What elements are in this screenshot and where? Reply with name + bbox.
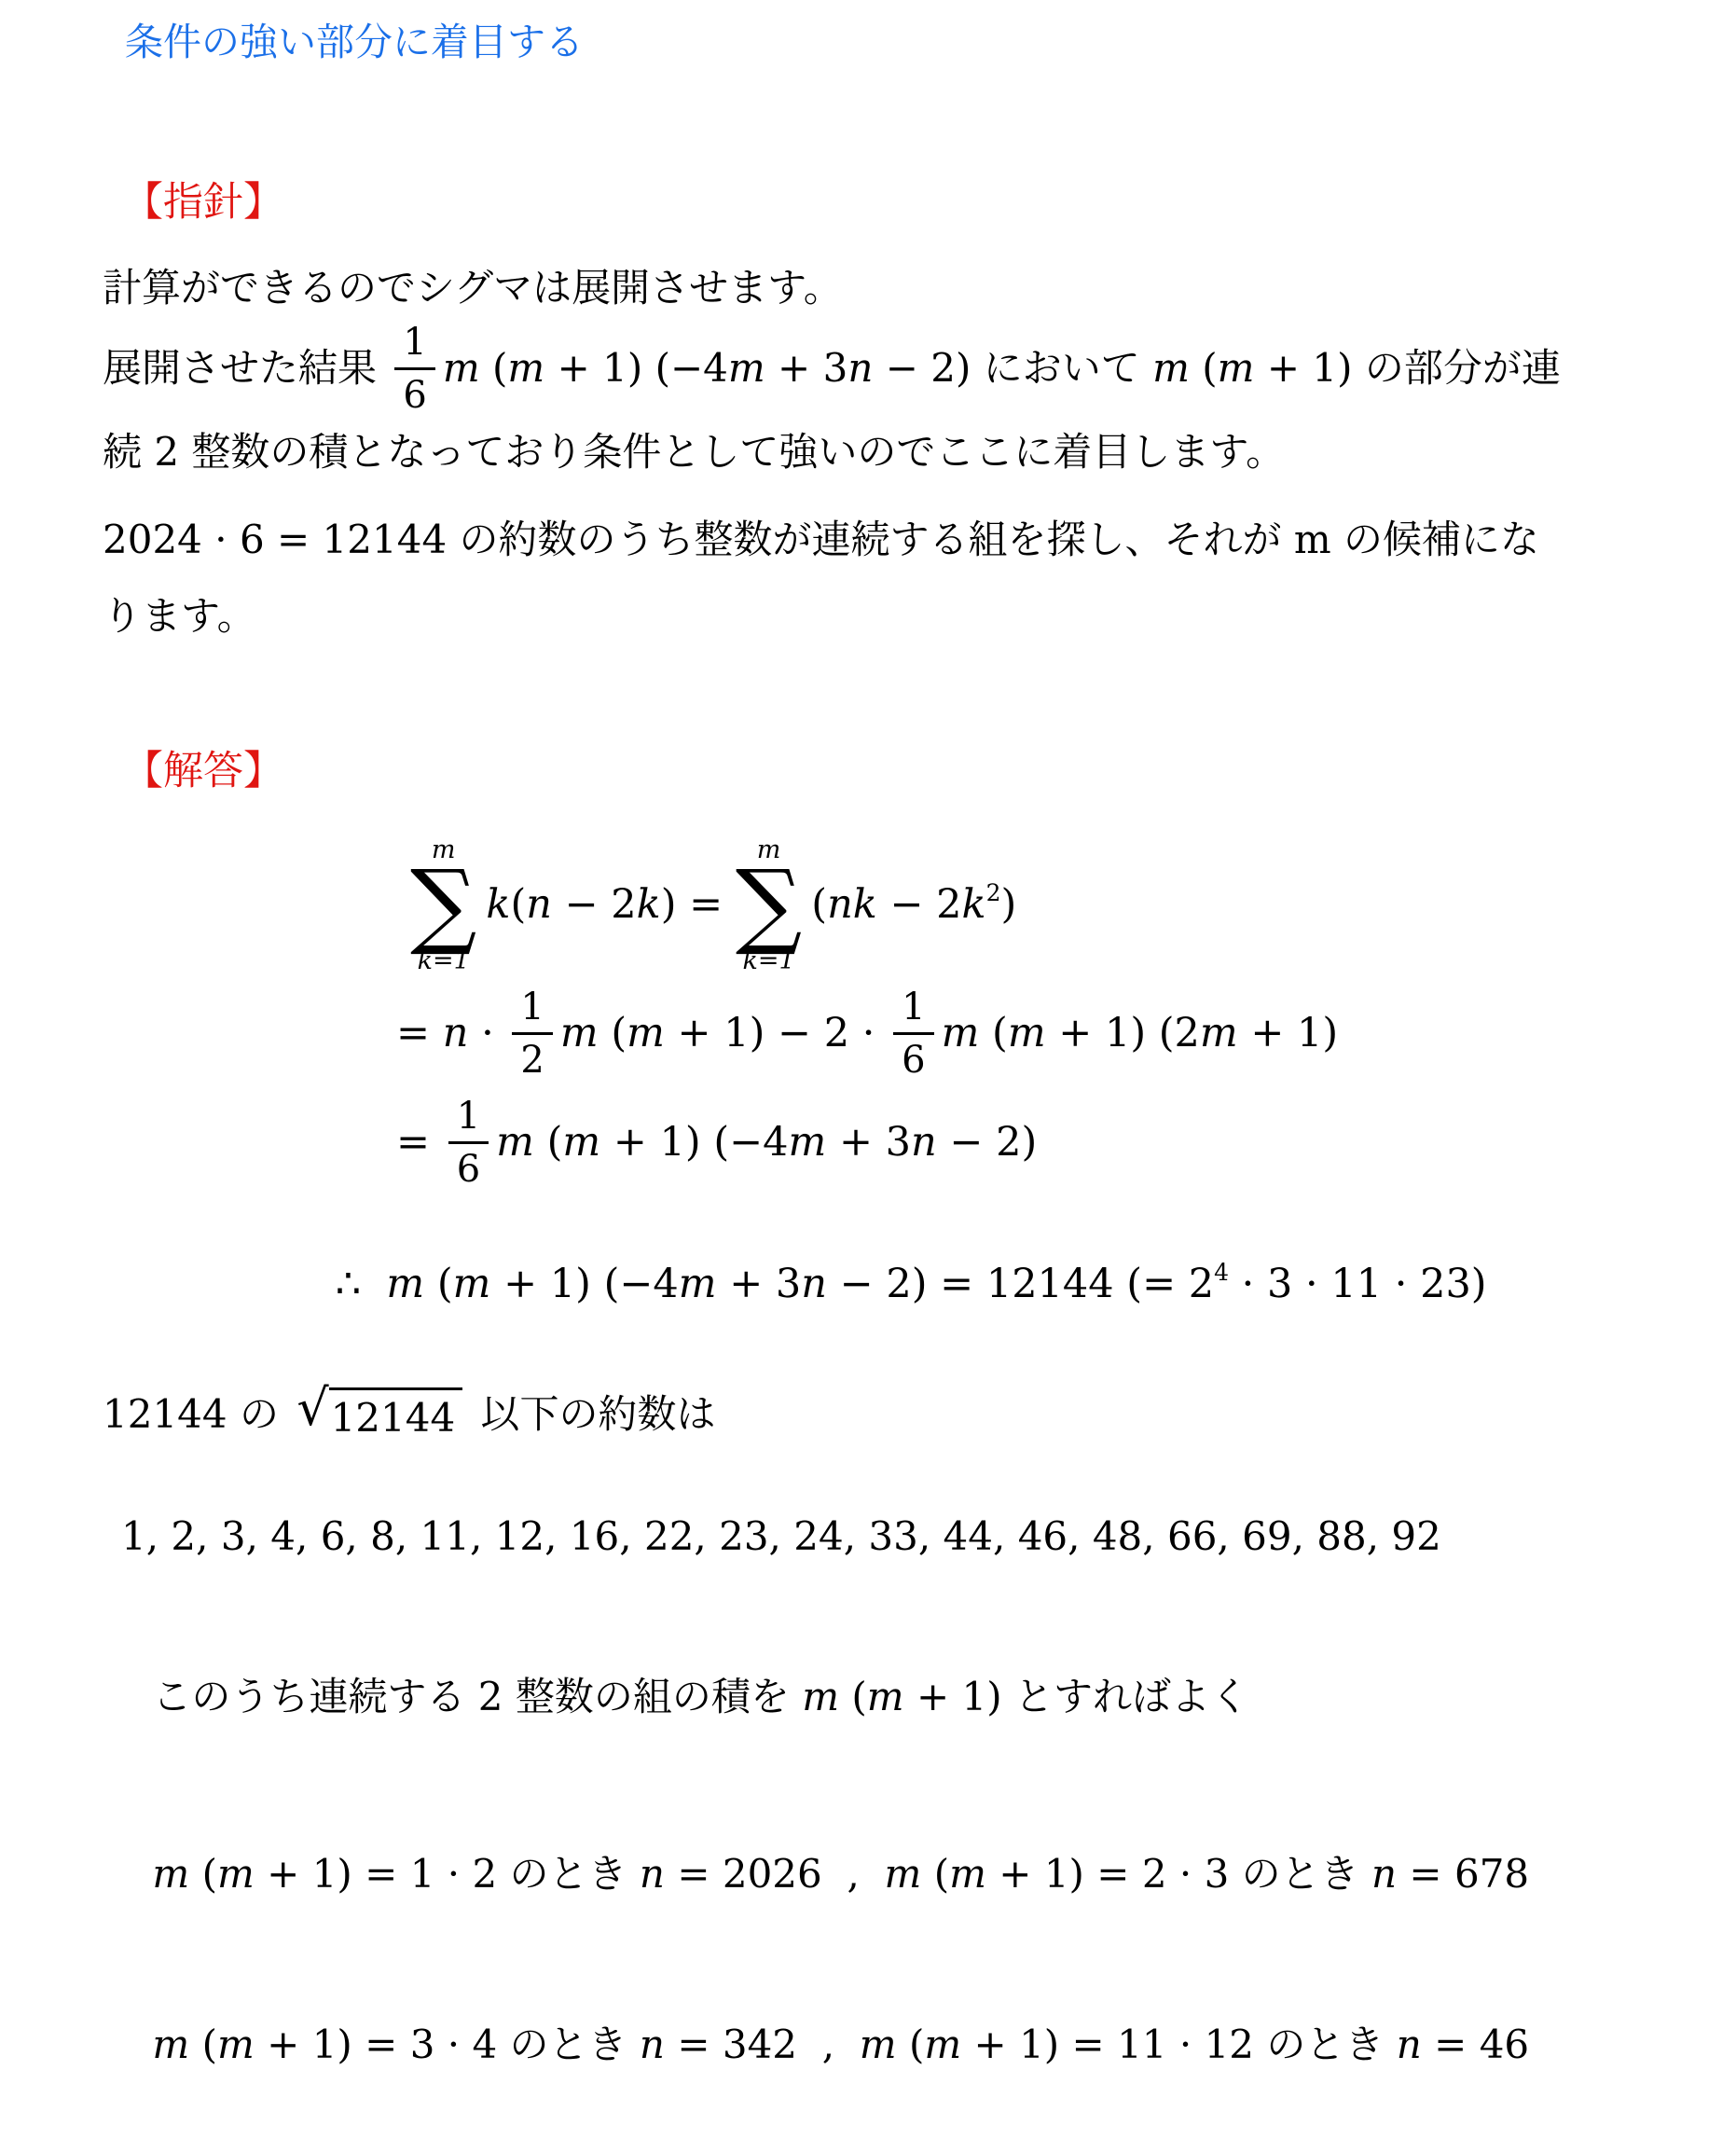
guideline-paragraph-5: ります。 <box>103 593 1680 640</box>
math-run: + 1) = 2 · 3 のとき <box>986 1851 1371 1897</box>
math-run: + 1) <box>1255 345 1353 391</box>
math-run: n <box>640 2022 665 2067</box>
inline-math: m (m + 1) (−4m + 3n − 2) <box>443 345 971 392</box>
math-run: + 1) (−4 <box>490 1261 678 1307</box>
math-run: + 1) = 11 · 12 のとき <box>961 2022 1397 2067</box>
paragraph-text: において <box>971 345 1152 392</box>
math-run: m <box>679 1261 717 1307</box>
math-run: n <box>1371 1851 1397 1897</box>
math-run: 2 <box>986 879 1001 906</box>
math-run: = 678 <box>1397 1851 1529 1897</box>
math-run: 4 <box>1214 1259 1229 1286</box>
math-run: m <box>949 1851 986 1897</box>
math-run: n <box>801 1261 827 1307</box>
math-run: + 1) とすればよく <box>904 1674 1249 1719</box>
sigma-icon: ∑ <box>410 866 476 943</box>
math-expression: m (m + 1) = 3 · 4 のとき n = 342 , m (m + 1… <box>152 2022 1529 2067</box>
math-run: m <box>152 2022 189 2067</box>
math-run: m <box>885 1851 922 1897</box>
math-run: m <box>217 2022 255 2067</box>
math-expression: m (m + 1) = 1 · 2 のとき n = 2026 , m (m + … <box>152 1851 1529 1897</box>
radicand: 12144 <box>329 1387 463 1442</box>
math-run: m <box>443 345 480 391</box>
math-run: m <box>1218 345 1255 391</box>
conclusion-line-2: m (m + 1) = 1 · 2 のとき n = 2026 , m (m + … <box>103 1803 1680 1944</box>
sum-lower-limit: k=1 <box>743 948 795 973</box>
fraction-one-sixth: 1 6 <box>893 988 933 1079</box>
fraction-numerator: 1 <box>394 324 434 367</box>
fraction-denominator: 2 <box>512 1032 552 1079</box>
equation-therefore: ∴ m (m + 1) (−4m + 3n − 2) = 12144 (= 24… <box>284 1216 1680 1354</box>
math-expression: このうち連続する 2 整数の組の積を m (m + 1) とすればよく <box>152 1674 1249 1719</box>
equation-step-3: = 1 6 m (m + 1) (−4m + 3n − 2) <box>396 1097 1680 1188</box>
math-run: m <box>789 1119 827 1166</box>
math-run: m <box>802 1674 839 1719</box>
math-run: ( <box>599 1010 627 1056</box>
fraction-numerator: 1 <box>893 988 933 1032</box>
math-run: m <box>1008 1010 1046 1056</box>
guideline-paragraph-3: 続 2 整数の積となっており条件として強いのでここに着目します。 <box>103 429 1680 476</box>
math-run: m <box>860 2022 897 2067</box>
math-run: ( <box>480 345 508 391</box>
math-expression: ∴ m (m + 1) (−4m + 3n − 2) = 12144 (= 24… <box>336 1261 1487 1307</box>
answer-heading: 【解答】 <box>123 751 1680 793</box>
sigma-icon: ∑ <box>736 866 802 943</box>
math-expression: (nk − 2k2) <box>811 882 1016 928</box>
math-run: − 2) <box>937 1119 1038 1166</box>
math-run: k <box>962 881 986 928</box>
fraction-numerator: 1 <box>512 988 552 1032</box>
fraction-denominator: 6 <box>893 1032 933 1079</box>
math-run: このうち連続する 2 整数の組の積を <box>152 1674 802 1719</box>
equation-sum-expansion: m ∑ k=1 k(n − 2k) = m ∑ k=1 (nk − 2k2) <box>410 837 1680 973</box>
math-run: = <box>396 1010 443 1056</box>
math-article-page: 条件の強い部分に着目する 【指針】 計算ができるのでシグマは展開させます。 展開… <box>0 0 1736 2153</box>
math-run: m <box>1152 345 1190 391</box>
math-run: n <box>1397 2022 1422 2067</box>
paragraph-text: の部分が連 <box>1353 345 1561 392</box>
fraction-denominator: 6 <box>448 1141 489 1188</box>
math-run: m <box>496 1119 534 1166</box>
math-run: + 1) (2 <box>1046 1010 1200 1056</box>
math-run: ( <box>839 1674 867 1719</box>
math-run: ∴ <box>336 1261 387 1307</box>
math-run: ( <box>979 1010 1007 1056</box>
math-run: − 2 <box>877 881 962 928</box>
math-run: k <box>637 881 661 928</box>
math-run: nk <box>827 881 877 928</box>
math-run: m <box>627 1010 665 1056</box>
math-run: − 2) = 12144 (= 2 <box>827 1261 1214 1307</box>
math-run: ( <box>189 2022 217 2067</box>
fraction-one-sixth: 1 6 <box>448 1097 489 1188</box>
divisor-list: 1, 2, 3, 4, 6, 8, 11, 12, 16, 22, 23, 24… <box>121 1513 1680 1560</box>
radical-sign-icon: √ <box>296 1387 328 1429</box>
math-run: m <box>1200 1010 1238 1056</box>
fraction-one-sixth: 1 6 <box>394 324 434 414</box>
math-run: ( <box>811 881 827 928</box>
paragraph-text: 12144 の <box>103 1391 291 1438</box>
math-expression: m (m + 1) − 2 · <box>560 1011 888 1056</box>
sum-lower-limit: k=1 <box>418 948 470 973</box>
math-run: + 3 <box>826 1119 911 1166</box>
sqrt-divisors-line: 12144 の √ 12144 以下の約数は <box>103 1387 1680 1442</box>
fraction-numerator: 1 <box>448 1097 489 1141</box>
math-run: + 1) (−4 <box>600 1119 788 1166</box>
math-run: m <box>507 345 544 391</box>
equation-step-2: = n · 1 2 m (m + 1) − 2 · 1 6 m (m + 1) … <box>396 988 1680 1079</box>
math-run: − 2 <box>552 881 637 928</box>
math-run: ) = <box>661 881 736 928</box>
fraction-denominator: 6 <box>394 367 434 414</box>
math-run: + 3 <box>765 345 848 391</box>
guideline-heading: 【指針】 <box>123 182 1680 224</box>
square-root: √ 12144 <box>296 1387 462 1442</box>
math-run: ( <box>897 2022 925 2067</box>
math-expression: m (m + 1) (−4m + 3n − 2) <box>496 1120 1037 1166</box>
math-run: ( <box>510 881 526 928</box>
math-run: · <box>468 1010 506 1056</box>
math-run: m <box>560 1010 599 1056</box>
math-run: n <box>526 881 552 928</box>
math-run: ( <box>424 1261 452 1307</box>
math-run: m <box>453 1261 491 1307</box>
math-run: m <box>728 345 765 391</box>
math-run: + 1) (−4 <box>544 345 728 391</box>
math-run: ( <box>921 1851 949 1897</box>
math-expression: = <box>396 1120 443 1166</box>
math-run: = 46 <box>1422 2022 1529 2067</box>
math-run: m <box>942 1010 980 1056</box>
conclusion-line-3: m (m + 1) = 3 · 4 のとき n = 342 , m (m + 1… <box>103 1974 1680 2115</box>
math-run: ) <box>1000 881 1016 928</box>
guideline-paragraph-2: 展開させた結果 1 6 m (m + 1) (−4m + 3n − 2) におい… <box>103 324 1680 414</box>
math-run: − 2) <box>873 345 971 391</box>
math-run: + 1) = 3 · 4 のとき <box>255 2022 640 2067</box>
math-run: + 1) <box>1238 1010 1339 1056</box>
math-run: k <box>486 881 510 928</box>
sigma-sum-operator: m ∑ k=1 <box>736 837 802 973</box>
math-run: n <box>911 1119 937 1166</box>
math-run: + 1) = 1 · 2 のとき <box>255 1851 640 1897</box>
math-run: = 342 , <box>665 2022 860 2067</box>
page-title: 条件の強い部分に着目する <box>125 22 1680 62</box>
math-run: = <box>396 1119 443 1166</box>
math-run: m <box>562 1119 600 1166</box>
guideline-paragraph-1: 計算ができるのでシグマは展開させます。 <box>103 265 1680 311</box>
math-run: m <box>924 2022 961 2067</box>
math-run: m <box>386 1261 424 1307</box>
math-run: + 3 <box>717 1261 802 1307</box>
math-run: n <box>640 1851 665 1897</box>
math-run: ( <box>1190 345 1218 391</box>
math-run: n <box>847 345 873 391</box>
math-run: m <box>217 1851 255 1897</box>
guideline-paragraph-4: 2024 · 6 = 12144 の約数のうち整数が連続する組を探し、それが m… <box>103 517 1680 563</box>
math-expression: k(n − 2k) = <box>486 882 736 928</box>
math-run: ( <box>189 1851 217 1897</box>
sigma-sum-operator: m ∑ k=1 <box>410 837 476 973</box>
paragraph-text: 展開させた結果 <box>103 345 389 392</box>
fraction-one-half: 1 2 <box>512 988 552 1079</box>
math-run: m <box>867 1674 904 1719</box>
conclusion-line-1: このうち連続する 2 整数の組の積を m (m + 1) とすればよく <box>103 1627 1680 1768</box>
math-run: + 1) − 2 · <box>665 1010 888 1056</box>
math-run: m <box>152 1851 189 1897</box>
math-expression: m (m + 1) (2m + 1) <box>942 1011 1339 1056</box>
math-run: = 2026 , <box>665 1851 885 1897</box>
math-run: n <box>443 1010 469 1056</box>
inline-math: m (m + 1) <box>1152 345 1352 392</box>
math-run: ( <box>534 1119 562 1166</box>
paragraph-text: 以下の約数は <box>468 1391 715 1438</box>
math-run: · 3 · 11 · 23) <box>1229 1261 1487 1307</box>
math-expression: = n · <box>396 1011 506 1056</box>
